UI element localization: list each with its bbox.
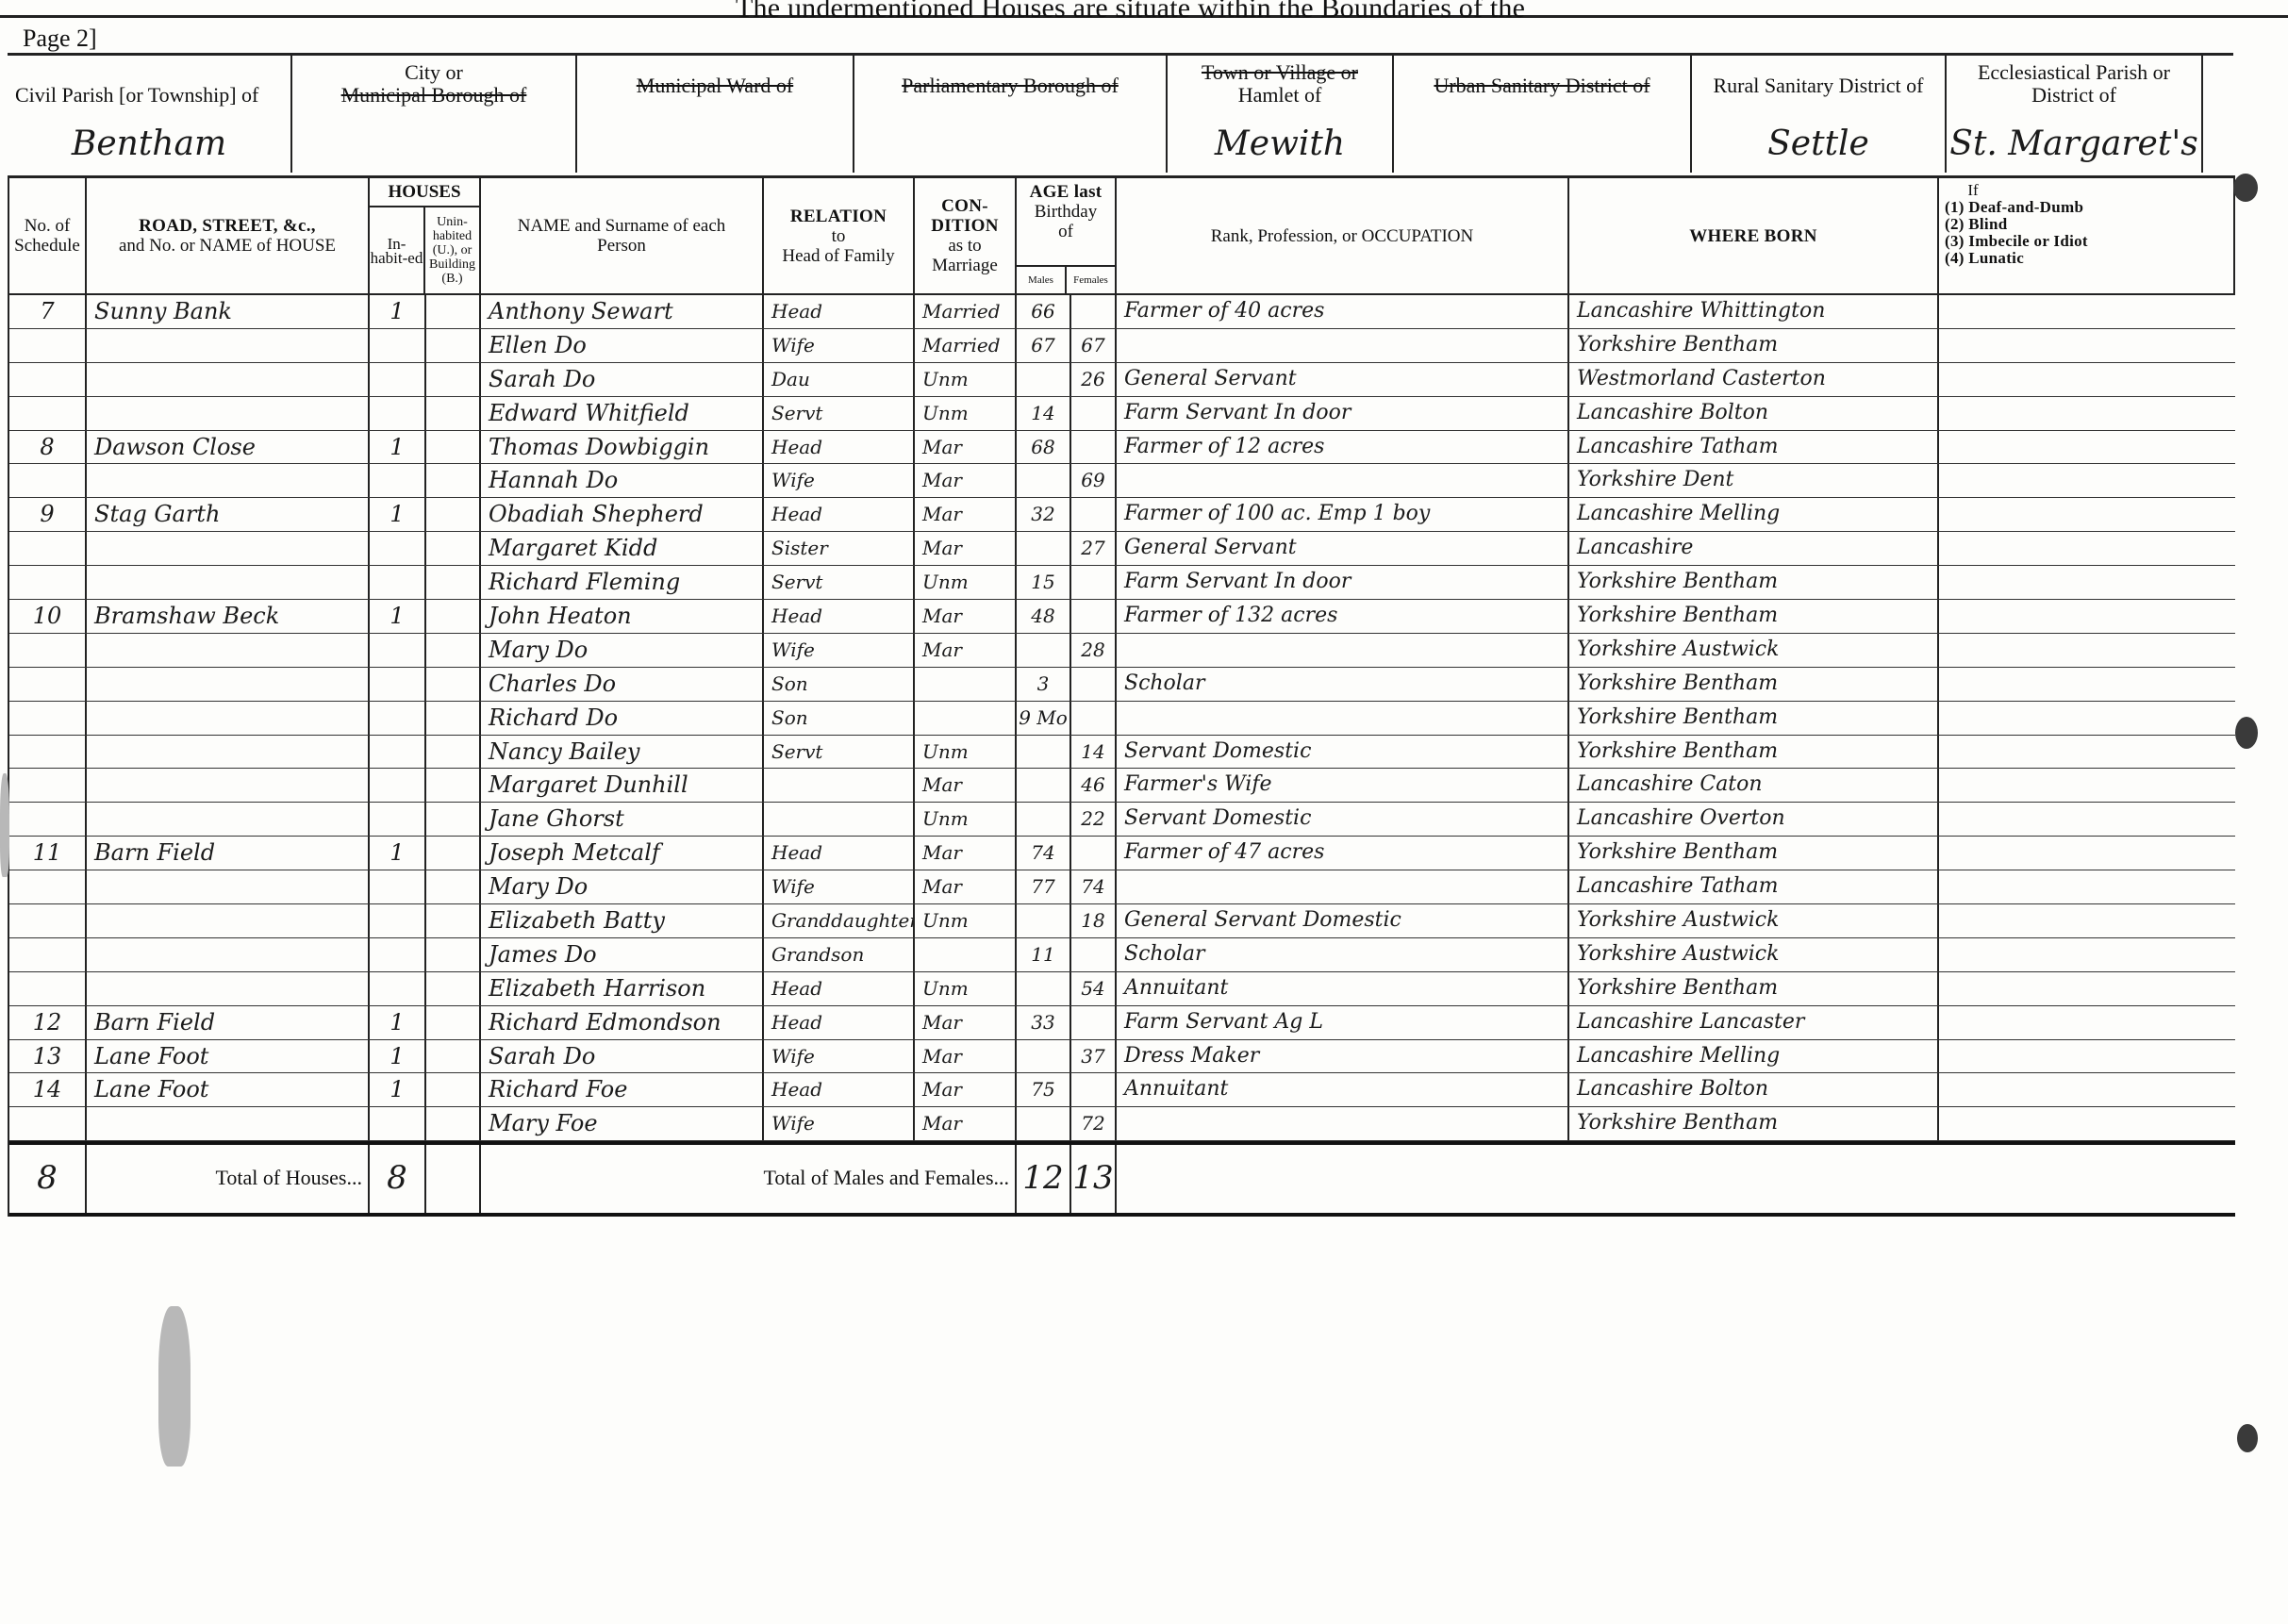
uninhabited-count [426, 736, 481, 769]
table-row: Mary FoeWifeMar72Yorkshire Bentham [9, 1107, 2235, 1141]
inhabited-count [370, 634, 426, 667]
uninhabited-count [426, 803, 481, 836]
road-name [87, 736, 370, 769]
uninhabited-count [426, 837, 481, 870]
person-name: Richard Edmondson [481, 1006, 764, 1039]
relation: Wife [764, 634, 915, 667]
table-row: 12Barn Field1Richard EdmondsonHeadMar33F… [9, 1006, 2235, 1040]
occupation: Farm Servant Ag L [1117, 1006, 1569, 1039]
age-female: 27 [1071, 532, 1117, 565]
table-row: Ellen DoWifeMarried6767Yorkshire Bentham [9, 329, 2235, 363]
age-female [1071, 431, 1117, 464]
birthplace: Yorkshire Bentham [1569, 972, 1939, 1005]
infirmity [1939, 837, 2235, 870]
uninhabited-count [426, 397, 481, 430]
ink-blot [2235, 717, 2258, 749]
marital-condition: Unm [915, 972, 1017, 1005]
uninhabited-count [426, 295, 481, 328]
road-name: Bramshaw Beck [87, 600, 370, 633]
occupation: Servant Domestic [1117, 736, 1569, 769]
schedule-number: 11 [9, 837, 87, 870]
infirmity [1939, 769, 2235, 802]
rural-sanitary-value: Settle [1692, 124, 1945, 163]
uninhabited-count [426, 634, 481, 667]
hamlet-value: Mewith [1168, 124, 1392, 163]
person-name: Edward Whitfield [481, 397, 764, 430]
age-female: 74 [1071, 870, 1117, 903]
infirmity [1939, 431, 2235, 464]
birthplace: Yorkshire Austwick [1569, 904, 1939, 937]
occupation [1117, 634, 1569, 667]
infirmity [1939, 634, 2235, 667]
age-female: 26 [1071, 363, 1117, 396]
marital-condition: Mar [915, 769, 1017, 802]
infirmity [1939, 363, 2235, 396]
road-name [87, 972, 370, 1005]
relation: Son [764, 668, 915, 701]
table-row: Richard DoSon9 MoYorkshire Bentham [9, 702, 2235, 736]
age-male: 11 [1017, 938, 1071, 971]
table-row: Nancy BaileyServtUnm14Servant DomesticYo… [9, 736, 2235, 770]
infirmity [1939, 972, 2235, 1005]
col-uninhabited: Unin-habited (U.), or Building (B.) [425, 207, 479, 293]
age-female [1071, 668, 1117, 701]
relation: Wife [764, 1107, 915, 1140]
schedule-number [9, 702, 87, 735]
birthplace: Westmorland Casterton [1569, 363, 1939, 396]
inhabited-count [370, 532, 426, 565]
marital-condition [915, 702, 1017, 735]
age-male: 14 [1017, 397, 1071, 430]
inhabited-count: 1 [370, 600, 426, 633]
table-body: 7Sunny Bank1Anthony SewartHeadMarried66F… [9, 295, 2235, 1141]
road-name: Stag Garth [87, 498, 370, 531]
schedule-number [9, 397, 87, 430]
marital-condition: Mar [915, 1073, 1017, 1106]
uninhabited-count [426, 972, 481, 1005]
schedule-number [9, 938, 87, 971]
table-row: 14Lane Foot1Richard FoeHeadMar75Annuitan… [9, 1073, 2235, 1107]
schedule-number [9, 736, 87, 769]
inhabited-count: 1 [370, 431, 426, 464]
birthplace: Yorkshire Bentham [1569, 837, 1939, 870]
inhabited-count [370, 329, 426, 362]
road-name [87, 1107, 370, 1140]
page-banner: The undermentioned Houses are situate wi… [736, 0, 1679, 25]
infirmity [1939, 736, 2235, 769]
infirmity [1939, 600, 2235, 633]
person-name: John Heaton [481, 600, 764, 633]
relation: Head [764, 1073, 915, 1106]
occupation: General Servant [1117, 363, 1569, 396]
total-houses-label: Total of Houses... [87, 1145, 370, 1213]
table-row: Margaret DunhillMar46Farmer's WifeLancas… [9, 769, 2235, 803]
census-page: The undermentioned Houses are situate wi… [0, 0, 2288, 1624]
road-name [87, 566, 370, 599]
uninhabited-count [426, 566, 481, 599]
birthplace: Yorkshire Bentham [1569, 329, 1939, 362]
infirmity [1939, 566, 2235, 599]
age-male [1017, 972, 1071, 1005]
table-row: James DoGrandson11ScholarYorkshire Austw… [9, 938, 2235, 972]
marital-condition: Mar [915, 532, 1017, 565]
person-name: Jane Ghorst [481, 803, 764, 836]
age-male: 77 [1017, 870, 1071, 903]
road-name [87, 634, 370, 667]
schedule-number: 14 [9, 1073, 87, 1106]
infirmity [1939, 870, 2235, 903]
person-name: Nancy Bailey [481, 736, 764, 769]
person-name: Richard Foe [481, 1073, 764, 1106]
relation: Head [764, 1006, 915, 1039]
relation: Granddaughter [764, 904, 915, 937]
infirmity [1939, 464, 2235, 497]
age-female: 18 [1071, 904, 1117, 937]
birthplace: Lancashire Melling [1569, 1040, 1939, 1073]
infirmity [1939, 668, 2235, 701]
road-name [87, 769, 370, 802]
uninhabited-count [426, 431, 481, 464]
age-male: 9 Mo [1017, 702, 1071, 735]
inhabited-count: 1 [370, 1040, 426, 1073]
age-female [1071, 397, 1117, 430]
uninhabited-count [426, 938, 481, 971]
infirmity [1939, 295, 2235, 328]
inhabited-count [370, 938, 426, 971]
uninhabited-count [426, 1040, 481, 1073]
schedule-number [9, 329, 87, 362]
region-rural-sanitary: Rural Sanitary District of Settle [1692, 56, 1947, 173]
occupation: Servant Domestic [1117, 803, 1569, 836]
table-row: Mary DoWifeMar28Yorkshire Austwick [9, 634, 2235, 668]
table-row: 10Bramshaw Beck1John HeatonHeadMar48Farm… [9, 600, 2235, 634]
inhabited-count [370, 1107, 426, 1140]
inhabited-count [370, 668, 426, 701]
age-male [1017, 736, 1071, 769]
relation: Head [764, 431, 915, 464]
road-name [87, 904, 370, 937]
occupation: Farm Servant In door [1117, 397, 1569, 430]
road-name [87, 329, 370, 362]
relation: Wife [764, 1040, 915, 1073]
marital-condition: Unm [915, 904, 1017, 937]
inhabited-count [370, 736, 426, 769]
table-row: Hannah DoWifeMar69Yorkshire Dent [9, 464, 2235, 498]
road-name [87, 668, 370, 701]
age-male: 32 [1017, 498, 1071, 531]
schedule-number: 10 [9, 600, 87, 633]
marital-condition: Married [915, 329, 1017, 362]
total-schedules: 8 [9, 1145, 87, 1213]
marital-condition: Mar [915, 837, 1017, 870]
road-name [87, 532, 370, 565]
infirmity [1939, 1040, 2235, 1073]
road-name [87, 363, 370, 396]
uninhabited-count [426, 702, 481, 735]
col-age: AGE lastBirthdayof Males Females [1017, 178, 1117, 293]
table-row: Charles DoSon3ScholarYorkshire Bentham [9, 668, 2235, 702]
table-row: Sarah DoDauUnm26General ServantWestmorla… [9, 363, 2235, 397]
age-male [1017, 769, 1071, 802]
person-name: Richard Fleming [481, 566, 764, 599]
col-condition: CON-DITIONas toMarriage [915, 178, 1017, 293]
birthplace: Lancashire Whittington [1569, 295, 1939, 328]
uninhabited-count [426, 904, 481, 937]
occupation: Farm Servant In door [1117, 566, 1569, 599]
infirmity [1939, 397, 2235, 430]
table-row: Mary DoWifeMar7774Lancashire Tatham [9, 870, 2235, 904]
table-row: Edward WhitfieldServtUnm14Farm Servant I… [9, 397, 2235, 431]
col-name: NAME and Surname of eachPerson [481, 178, 764, 293]
age-female: 69 [1071, 464, 1117, 497]
person-name: Margaret Dunhill [481, 769, 764, 802]
age-male: 48 [1017, 600, 1071, 633]
schedule-number [9, 803, 87, 836]
birthplace: Yorkshire Austwick [1569, 938, 1939, 971]
relation: Head [764, 972, 915, 1005]
age-female [1071, 566, 1117, 599]
col-inhabited: In-habit-ed [370, 207, 425, 293]
occupation: Farmer of 47 acres [1117, 837, 1569, 870]
relation: Wife [764, 329, 915, 362]
age-female [1071, 938, 1117, 971]
age-male: 66 [1017, 295, 1071, 328]
col-schedule: No. ofSchedule [9, 178, 87, 293]
marital-condition: Mar [915, 464, 1017, 497]
occupation: Annuitant [1117, 972, 1569, 1005]
uninhabited-count [426, 1073, 481, 1106]
marital-condition [915, 938, 1017, 971]
birthplace: Yorkshire Dent [1569, 464, 1939, 497]
age-female: 46 [1071, 769, 1117, 802]
uninhabited-count [426, 1006, 481, 1039]
paper-damage [158, 1306, 191, 1467]
marital-condition: Unm [915, 803, 1017, 836]
age-male [1017, 363, 1071, 396]
person-name: Mary Foe [481, 1107, 764, 1140]
uninhabited-count [426, 870, 481, 903]
inhabited-count [370, 566, 426, 599]
birthplace: Yorkshire Bentham [1569, 736, 1939, 769]
birthplace: Yorkshire Bentham [1569, 566, 1939, 599]
birthplace: Yorkshire Bentham [1569, 1107, 1939, 1140]
age-female [1071, 498, 1117, 531]
col-males: Males [1017, 267, 1067, 293]
birthplace: Yorkshire Bentham [1569, 668, 1939, 701]
occupation: Farmer of 100 ac. Emp 1 boy [1117, 498, 1569, 531]
road-name: Barn Field [87, 1006, 370, 1039]
col-road: ROAD, STREET, &c.,and No. or NAME of HOU… [87, 178, 370, 293]
birthplace: Lancashire Bolton [1569, 1073, 1939, 1106]
person-name: Margaret Kidd [481, 532, 764, 565]
marital-condition [915, 668, 1017, 701]
schedule-number [9, 870, 87, 903]
birthplace: Lancashire Tatham [1569, 431, 1939, 464]
inhabited-count [370, 702, 426, 735]
relation: Head [764, 600, 915, 633]
age-female: 14 [1071, 736, 1117, 769]
relation [764, 803, 915, 836]
road-name [87, 803, 370, 836]
road-name: Lane Foot [87, 1073, 370, 1106]
schedule-number [9, 532, 87, 565]
marital-condition: Married [915, 295, 1017, 328]
person-name: Ellen Do [481, 329, 764, 362]
relation: Wife [764, 870, 915, 903]
relation: Son [764, 702, 915, 735]
age-female [1071, 1006, 1117, 1039]
person-name: James Do [481, 938, 764, 971]
relation: Dau [764, 363, 915, 396]
person-name: Anthony Sewart [481, 295, 764, 328]
inhabited-count: 1 [370, 498, 426, 531]
person-name: Hannah Do [481, 464, 764, 497]
inhabited-count [370, 803, 426, 836]
person-name: Sarah Do [481, 363, 764, 396]
birthplace: Lancashire Lancaster [1569, 1006, 1939, 1039]
inhabited-count [370, 363, 426, 396]
age-male: 3 [1017, 668, 1071, 701]
age-female [1071, 600, 1117, 633]
inhabited-count [370, 972, 426, 1005]
col-relation: RELATIONtoHead of Family [764, 178, 915, 293]
infirmity [1939, 532, 2235, 565]
relation: Servt [764, 736, 915, 769]
col-houses: HOUSES In-habit-ed Unin-habited (U.), or… [370, 178, 481, 293]
schedule-number: 7 [9, 295, 87, 328]
person-name: Richard Do [481, 702, 764, 735]
person-name: Obadiah Shepherd [481, 498, 764, 531]
ecclesiastical-value: St. Margaret's [1947, 124, 2201, 163]
birthplace: Lancashire Caton [1569, 769, 1939, 802]
age-female [1071, 1073, 1117, 1106]
age-male: 15 [1017, 566, 1071, 599]
relation: Wife [764, 464, 915, 497]
marital-condition: Mar [915, 870, 1017, 903]
infirmity [1939, 1073, 2235, 1106]
person-name: Thomas Dowbiggin [481, 431, 764, 464]
person-name: Sarah Do [481, 1040, 764, 1073]
marital-condition: Mar [915, 1040, 1017, 1073]
birthplace: Lancashire [1569, 532, 1939, 565]
inhabited-count [370, 464, 426, 497]
birthplace: Lancashire Tatham [1569, 870, 1939, 903]
occupation [1117, 1107, 1569, 1140]
col-females: Females [1067, 267, 1115, 293]
occupation: Farmer of 132 acres [1117, 600, 1569, 633]
relation: Servt [764, 397, 915, 430]
table-header: No. ofSchedule ROAD, STREET, &c.,and No.… [9, 178, 2235, 295]
inhabited-count: 1 [370, 1073, 426, 1106]
table-row: Margaret KiddSisterMar27General ServantL… [9, 532, 2235, 566]
infirmity [1939, 498, 2235, 531]
age-female: 28 [1071, 634, 1117, 667]
uninhabited-count [426, 600, 481, 633]
age-female: 37 [1071, 1040, 1117, 1073]
age-female [1071, 295, 1117, 328]
schedule-number [9, 363, 87, 396]
occupation [1117, 329, 1569, 362]
age-male [1017, 634, 1071, 667]
age-male [1017, 1107, 1071, 1140]
region-municipal-ward: Municipal Ward of [577, 56, 854, 173]
schedule-number: 12 [9, 1006, 87, 1039]
person-name: Mary Do [481, 870, 764, 903]
age-male [1017, 532, 1071, 565]
total-houses: 8 [370, 1145, 426, 1213]
occupation: Scholar [1117, 938, 1569, 971]
person-name: Elizabeth Batty [481, 904, 764, 937]
table-row: 11Barn Field1Joseph MetcalfHeadMar74Farm… [9, 837, 2235, 870]
schedule-number [9, 668, 87, 701]
table-row: Elizabeth BattyGranddaughterUnm18General… [9, 904, 2235, 938]
age-female: 72 [1071, 1107, 1117, 1140]
uninhabited-count [426, 1107, 481, 1140]
age-female: 54 [1071, 972, 1117, 1005]
region-urban-sanitary: Urban Sanitary District of [1394, 56, 1692, 173]
road-name: Barn Field [87, 837, 370, 870]
inhabited-count [370, 870, 426, 903]
infirmity [1939, 904, 2235, 937]
infirmity [1939, 1006, 2235, 1039]
uninhabited-count [426, 329, 481, 362]
relation: Sister [764, 532, 915, 565]
census-table: No. ofSchedule ROAD, STREET, &c.,and No.… [8, 175, 2235, 1217]
birthplace: Yorkshire Austwick [1569, 634, 1939, 667]
relation: Servt [764, 566, 915, 599]
table-row: 13Lane Foot1Sarah DoWifeMar37Dress Maker… [9, 1040, 2235, 1074]
uninhabited-count [426, 532, 481, 565]
col-occupation: Rank, Profession, or OCCUPATION [1117, 178, 1569, 293]
person-name: Joseph Metcalf [481, 837, 764, 870]
birthplace: Lancashire Melling [1569, 498, 1939, 531]
age-female [1071, 702, 1117, 735]
occupation [1117, 870, 1569, 903]
age-male: 68 [1017, 431, 1071, 464]
occupation [1117, 702, 1569, 735]
schedule-number: 9 [9, 498, 87, 531]
schedule-number: 13 [9, 1040, 87, 1073]
age-female [1071, 837, 1117, 870]
table-row: Elizabeth HarrisonHeadUnm54AnnuitantYork… [9, 972, 2235, 1006]
schedule-number [9, 566, 87, 599]
relation [764, 769, 915, 802]
marital-condition: Unm [915, 397, 1017, 430]
inhabited-count [370, 397, 426, 430]
totals-row: 8 Total of Houses... 8 Total of Males an… [9, 1141, 2235, 1217]
civil-parish-value: Bentham [8, 124, 290, 163]
marital-condition: Mar [915, 498, 1017, 531]
age-female: 67 [1071, 329, 1117, 362]
schedule-number [9, 464, 87, 497]
road-name [87, 938, 370, 971]
road-name: Lane Foot [87, 1040, 370, 1073]
schedule-number: 8 [9, 431, 87, 464]
occupation: Dress Maker [1117, 1040, 1569, 1073]
schedule-number [9, 972, 87, 1005]
infirmity [1939, 938, 2235, 971]
age-male: 33 [1017, 1006, 1071, 1039]
occupation: Farmer of 12 acres [1117, 431, 1569, 464]
occupation: General Servant Domestic [1117, 904, 1569, 937]
ink-blot [2237, 1424, 2258, 1452]
uninhabited-count [426, 363, 481, 396]
infirmity [1939, 329, 2235, 362]
relation: Head [764, 498, 915, 531]
relation: Head [764, 837, 915, 870]
occupation: General Servant [1117, 532, 1569, 565]
infirmity [1939, 1107, 2235, 1140]
